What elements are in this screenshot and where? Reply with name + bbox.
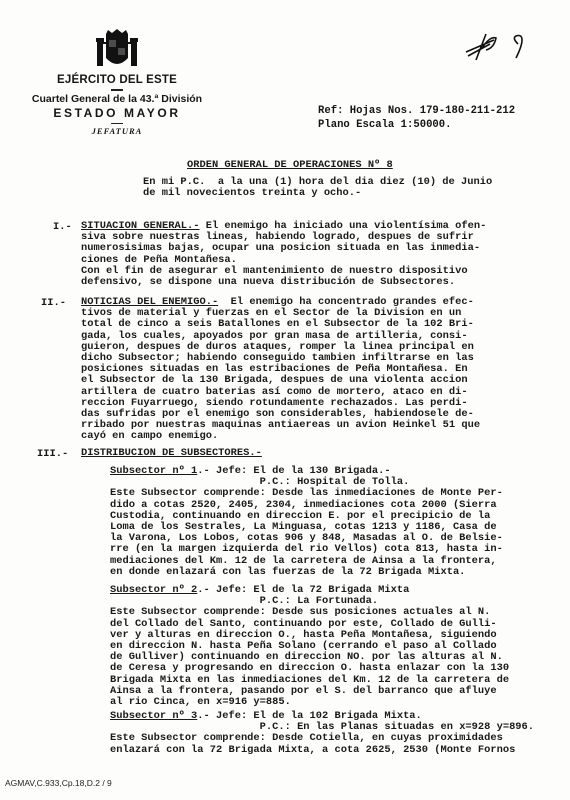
divider xyxy=(111,89,123,91)
office-name: JEFATURA xyxy=(22,126,212,136)
text-line: Este Subsector comprende: Desde sus posi… xyxy=(110,606,490,618)
text-line: Brigada Mixta en las inmediaciones del K… xyxy=(110,674,509,686)
section-numeral: III.- xyxy=(37,448,68,460)
text-line: la Varona, Los Lobos, cotas 906 y 848, M… xyxy=(110,532,503,544)
headquarters-name: Cuartel General de la 43.ª División xyxy=(22,93,212,105)
subsector-label: Subsector nº 2 xyxy=(110,584,197,596)
intro-paragraph: En mi P.C. a la una (1) hora del dia die… xyxy=(143,177,492,199)
subsector-label: Subsector nº 1 xyxy=(110,465,197,477)
letterhead: EJÉRCITO DEL ESTE Cuartel General de la … xyxy=(22,28,212,136)
subsector-pc: P.C.: En las Planas situadas en x=928 y=… xyxy=(260,721,534,733)
text-line: enlazará con la 72 Brigada Mixta, a cota… xyxy=(110,744,515,756)
section-numeral: II.- xyxy=(41,297,66,309)
intro-line: En mi P.C. a la una (1) hora del dia die… xyxy=(143,176,492,188)
subsector-chief: .- Jefe: El de la 72 Brigada Mixta xyxy=(197,584,409,596)
text-line: tivos de material y fuerzas en el Sector… xyxy=(81,307,461,319)
text-line: defensivo, se dispone una nueva distribu… xyxy=(81,276,455,288)
text-line: artillera de cuatro baterias así como de… xyxy=(81,386,468,398)
text-line: Este Subsector comprende: Desde Cotiella… xyxy=(110,732,503,744)
text-line: total de cinco a seis Batallones en el S… xyxy=(81,318,474,330)
text-line: dicho Subsector; habiendo conseguido tam… xyxy=(81,352,474,364)
subsector-2: Subsector nº 2.- Jefe: El de la 72 Briga… xyxy=(110,585,509,708)
archive-reference: AGMAV,C.933,Cp.18,D.2 / 9 xyxy=(5,778,112,788)
text-line: El enemigo ha iniciado una violentísima … xyxy=(199,220,486,232)
text-line: el Subsector de la 130 Brigada, despues … xyxy=(81,374,468,386)
subsector-1: Subsector nº 1.- Jefe: El de la 130 Brig… xyxy=(110,466,503,578)
text-line: numerosisimas bajas, ocupar una posicion… xyxy=(81,242,480,254)
subsector-label: Subsector nº 3 xyxy=(110,710,197,722)
text-line: en direccion N. hasta Peña Solano (cerra… xyxy=(110,640,497,652)
map-scale: Plano Escala 1:50000. xyxy=(318,119,452,131)
text-line: de Gulliver) continuando en direccion NO… xyxy=(110,651,503,663)
text-line: al rio Cinca, en x=916 y=885. xyxy=(110,696,291,708)
text-line: en donde enlazará con las fuerzas de la … xyxy=(110,566,465,578)
subsector-pc: P.C.: Hospital de Tolla. xyxy=(260,476,410,488)
text-line: El enemigo ha concentrado grandes efec- xyxy=(218,296,474,308)
map-sheets: Ref: Hojas Nos. 179-180-211-212 xyxy=(318,105,515,117)
subsector-pc: P.C.: La Fortunada. xyxy=(260,595,378,607)
text-line: rribado por nuestras maquinas antiaereas… xyxy=(81,419,480,431)
staff-name: ESTADO MAYOR xyxy=(22,106,212,120)
section-2: NOTICIAS DEL ENEMIGO.- El enemigo ha con… xyxy=(81,297,480,443)
section-1: SITUACION GENERAL.- El enemigo ha inicia… xyxy=(81,221,486,288)
divider xyxy=(111,123,123,125)
document-page: EJÉRCITO DEL ESTE Cuartel General de la … xyxy=(0,0,570,800)
section-heading: SITUACION GENERAL.- xyxy=(81,220,199,232)
section-heading: DISTRIBUCION DE SUBSECTORES.- xyxy=(81,448,262,459)
document-title: ORDEN GENERAL DE OPERACIONES Nº 8 xyxy=(187,160,393,171)
text-line: de Ceresa y progresando en direccion O. … xyxy=(110,662,509,674)
text-line: Ainsa a la frontera, pasando por el S. d… xyxy=(110,685,497,697)
text-line: Custodia, continuando en direccion E. po… xyxy=(110,510,490,522)
subsector-3: Subsector nº 3.- Jefe: El de la 102 Brig… xyxy=(110,711,534,756)
text-line: dido a cotas 2520, 2405, 2304, inmediaci… xyxy=(110,499,497,511)
section-numeral: I.- xyxy=(53,221,72,233)
text-line: posiciones situadas en las estribaciones… xyxy=(81,363,468,375)
text-line: del Collado del Santo, continuando por e… xyxy=(110,618,497,630)
section-heading: NOTICIAS DEL ENEMIGO.- xyxy=(81,296,218,308)
army-name: EJÉRCITO DEL ESTE xyxy=(22,74,212,86)
text-line: ver y alturas en direccion O., hasta Peñ… xyxy=(110,629,497,641)
map-reference: Ref: Hojas Nos. 179-180-211-212 Plano Es… xyxy=(318,104,515,132)
coat-of-arms-icon xyxy=(95,28,139,70)
text-line: siva sobre nuestras lineas, habiendo log… xyxy=(81,231,474,243)
text-line: das sufridas por el enemigo son consider… xyxy=(81,408,474,420)
text-line: mediaciones del Km. 12 de la carretera d… xyxy=(110,555,497,567)
text-line: gada, los cuales, apoyados por gran masa… xyxy=(81,330,468,342)
text-line: Este Subsector comprende: Desde las inme… xyxy=(110,487,503,499)
subsector-chief: .- Jefe: El de la 130 Brigada.- xyxy=(197,465,390,477)
text-line: cayó en campo enemigo. xyxy=(81,430,218,442)
text-line: ciones de Peña Montañesa. xyxy=(81,254,237,266)
handwritten-signature-icon xyxy=(460,26,540,66)
text-line: Con el fin de asegurar el mantenimiento … xyxy=(81,265,468,277)
text-line: Loma de los Sestrales, La Minguasa, cota… xyxy=(110,521,497,533)
text-line: guieron, despues de duros ataques, rompe… xyxy=(81,341,474,353)
text-line: reccion Fuyarruego, siendo rotundamente … xyxy=(81,397,468,409)
subsector-chief: .- Jefe: El de la 102 Brigada Mixta. xyxy=(197,710,421,722)
intro-line: de mil novecientos treinta y ocho.- xyxy=(143,187,361,199)
text-line: rre (en la margen izquierda del rio Vell… xyxy=(110,543,503,555)
